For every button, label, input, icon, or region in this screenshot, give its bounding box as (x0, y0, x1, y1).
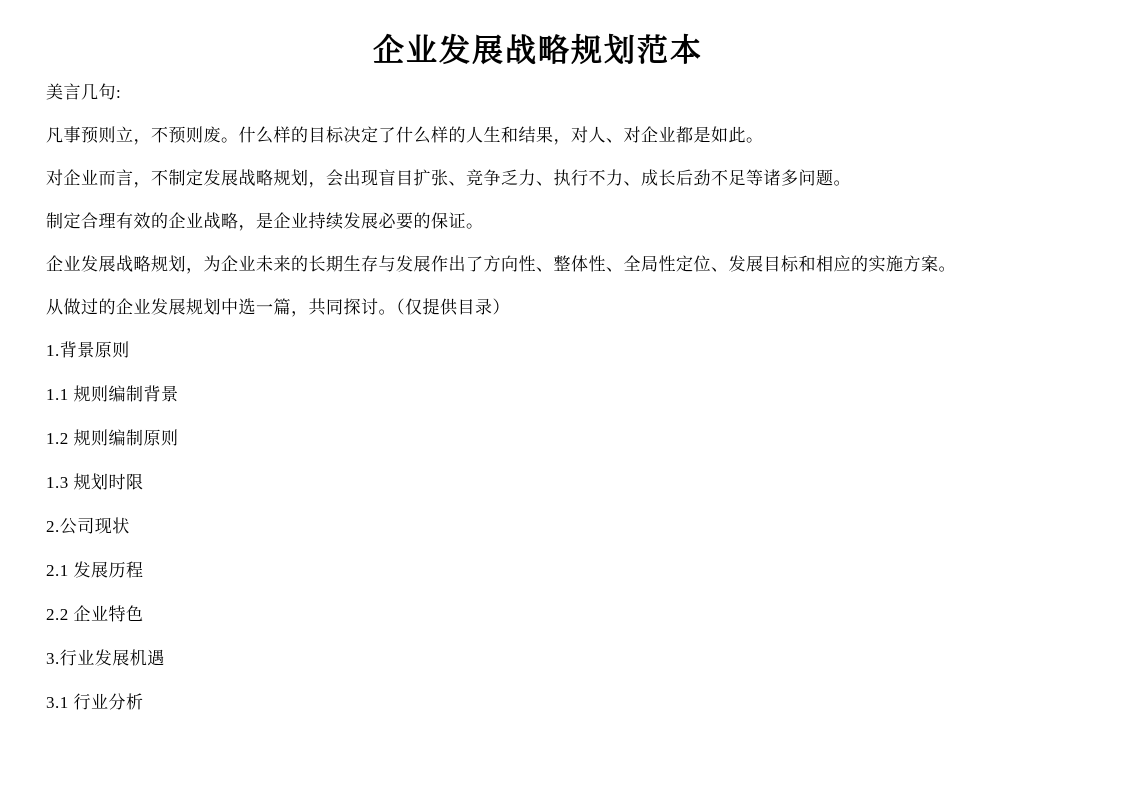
toc-item-3-1: 3.1 行业分析 (46, 691, 1030, 714)
lead-line: 美言几句: (46, 81, 1030, 104)
toc-item-2-1: 2.1 发展历程 (46, 559, 1030, 582)
paragraph-3: 制定合理有效的企业战略，是企业持续发展必要的保证。 (46, 210, 1030, 233)
paragraph-1: 凡事预则立，不预则废。什么样的目标决定了什么样的人生和结果，对人、对企业都是如此… (46, 124, 1030, 147)
toc-item-3: 3.行业发展机遇 (46, 647, 1030, 670)
toc-item-2-2: 2.2 企业特色 (46, 603, 1030, 626)
paragraph-2: 对企业而言，不制定发展战略规划，会出现盲目扩张、竞争乏力、执行不力、成长后劲不足… (46, 167, 1030, 190)
page-title: 企业发展战略规划范本 (46, 32, 1030, 69)
toc-item-1-3: 1.3 规划时限 (46, 471, 1030, 494)
toc-item-2: 2.公司现状 (46, 515, 1030, 538)
toc-item-1-1: 1.1 规则编制背景 (46, 383, 1030, 406)
document-page: 企业发展战略规划范本 美言几句: 凡事预则立，不预则废。什么样的目标决定了什么样… (0, 0, 1122, 793)
paragraph-5: 从做过的企业发展规划中选一篇，共同探讨。（仅提供目录） (46, 296, 1030, 319)
paragraph-4: 企业发展战略规划，为企业未来的长期生存与发展作出了方向性、整体性、全局性定位、发… (46, 253, 1030, 276)
toc-item-1: 1.背景原则 (46, 339, 1030, 362)
toc-item-1-2: 1.2 规则编制原则 (46, 427, 1030, 450)
